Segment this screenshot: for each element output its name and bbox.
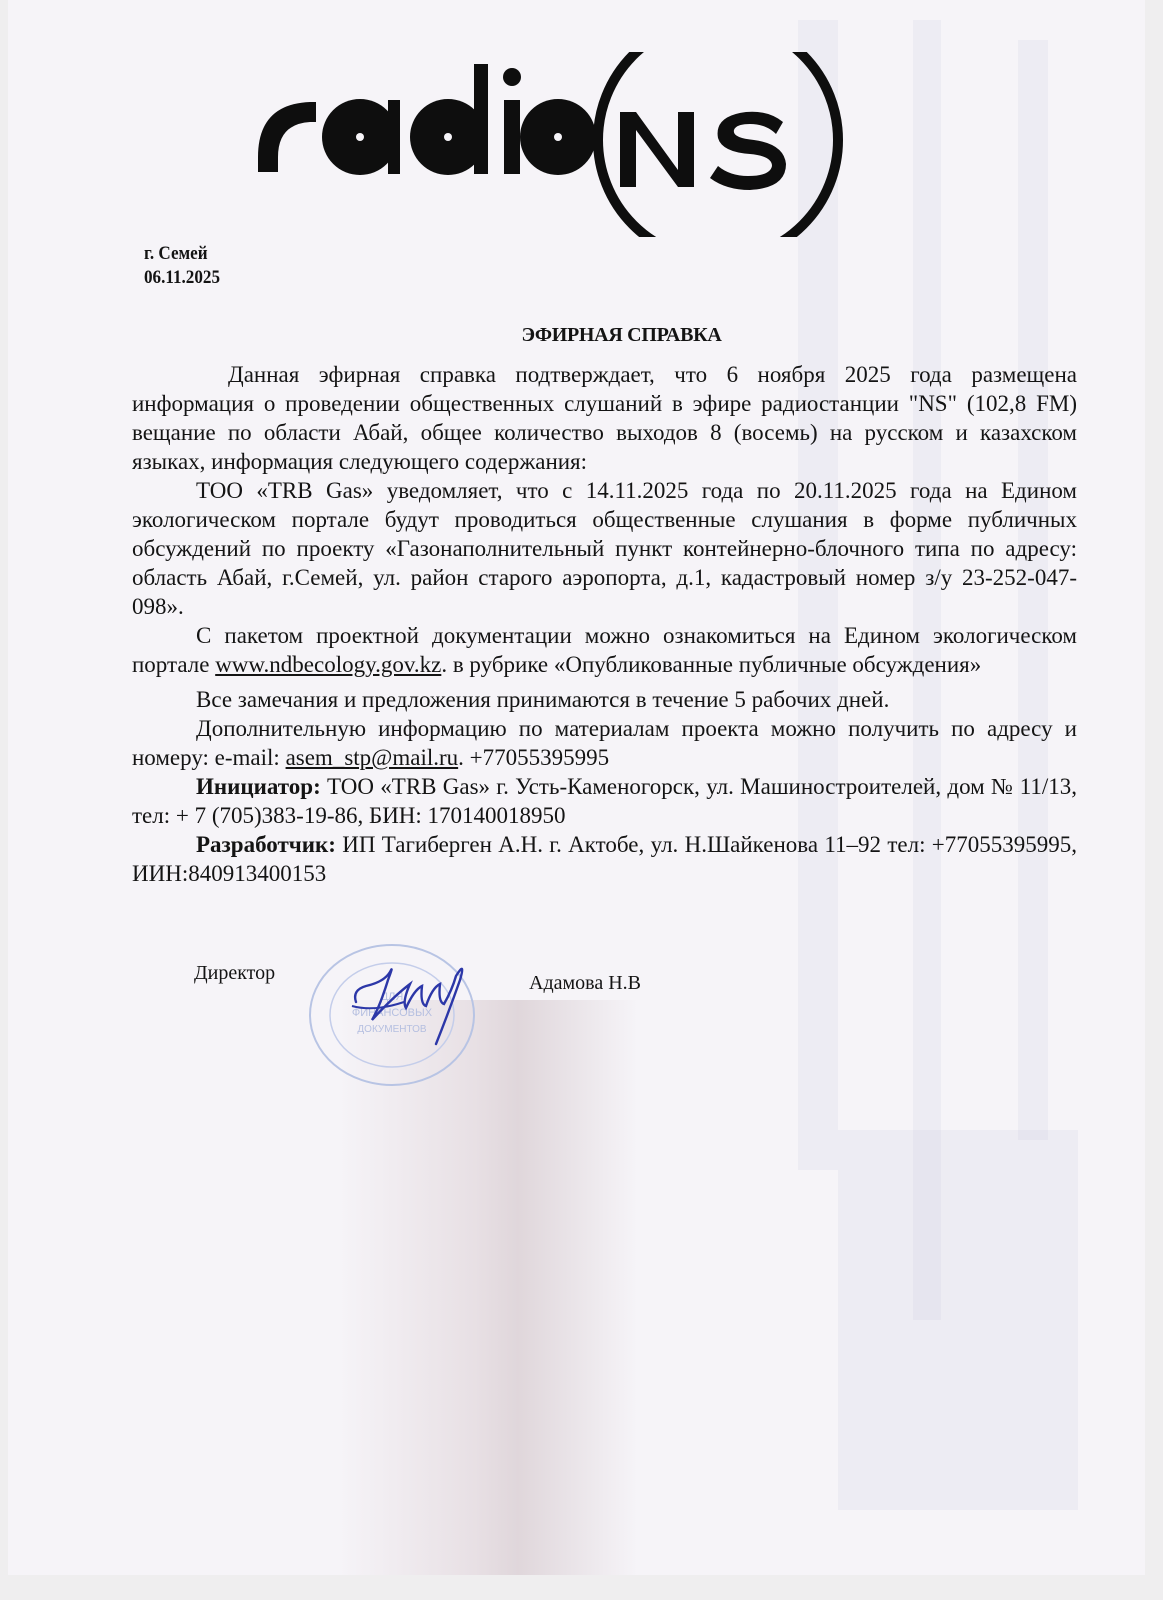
paragraph-intro: Данная эфирная справка подтверждает, что… [132, 360, 1077, 476]
city-date-block: г. Семей 06.11.2025 [144, 242, 220, 290]
paragraph-contact: Дополнительную информацию по материалам … [132, 714, 1077, 772]
paragraph-initiator: Инициатор: ТОО «TRB Gas» г. Усть-Каменог… [132, 772, 1077, 830]
contact-phone: . +77055395995 [458, 745, 609, 770]
developer-label: Разработчик: [196, 832, 336, 857]
signature-block: Директор ДЛЯ ФИНАНСОВЫХ ДОКУМЕНТОВ Адамо… [194, 958, 714, 1078]
email-link[interactable]: asem_stp@mail.ru [286, 745, 459, 770]
document-title: ЭФИРНАЯ СПРАВКА [8, 324, 1145, 347]
paragraph-developer: Разработчик: ИП Тагиберген А.Н. г. Актоб… [132, 830, 1077, 888]
portal-link[interactable]: www.ndbecology.gov.kz [215, 652, 441, 677]
show-through-block [838, 1130, 1078, 1510]
signer-role: Директор [194, 962, 275, 985]
handwritten-signature-icon [344, 950, 484, 1050]
document-date: 06.11.2025 [144, 266, 220, 290]
signer-name: Адамова Н.В [529, 972, 641, 995]
paragraph-notice: ТОО «TRB Gas» уведомляет, что с 14.11.20… [132, 476, 1077, 621]
docs-text-after: . в рубрике «Опубликованные публичные об… [441, 652, 981, 677]
scanned-page: г. Семей 06.11.2025 ЭФИРНАЯ СПРАВКА Данн… [8, 0, 1145, 1575]
initiator-label: Инициатор: [196, 774, 321, 799]
city: г. Семей [144, 242, 220, 266]
paragraph-docs: С пакетом проектной документации можно о… [132, 621, 1077, 679]
radio-ns-logo-icon [248, 52, 868, 237]
document-body: Данная эфирная справка подтверждает, что… [132, 360, 1077, 888]
paragraph-comments: Все замечания и предложения принимаются … [132, 685, 1077, 714]
